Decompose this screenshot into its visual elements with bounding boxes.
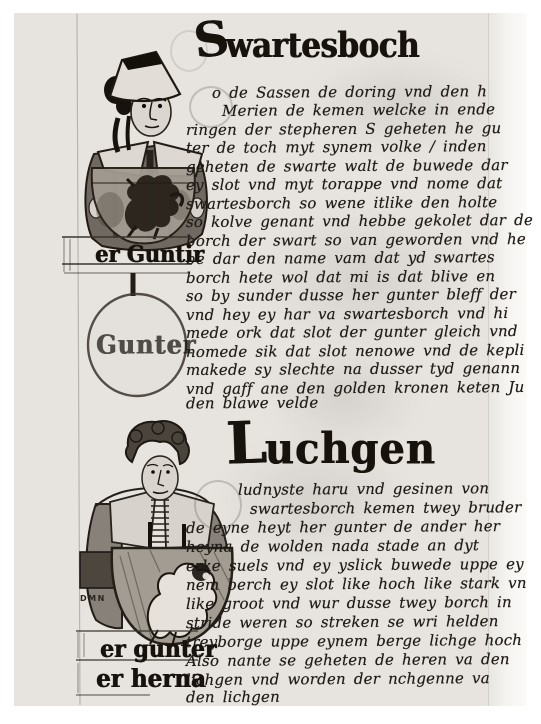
- text-line: swartesborch kemen twey bruder: [250, 499, 522, 517]
- text-line: mede ork dat slot der gunter gleich vnd: [186, 323, 518, 342]
- caption-er-guntir: er Guntir: [95, 240, 204, 268]
- text-line: geheten de swarte walt de buwede dar: [186, 157, 508, 175]
- caption-er-gunter: er gunter: [100, 635, 216, 664]
- roundel-label: Gunter: [96, 328, 196, 360]
- text-line: ringen der stepheren S geheten he gu: [186, 120, 501, 138]
- text-line: like groot vnd wur dusse twey borch in: [186, 594, 512, 612]
- manuscript-photo-page: S wartesboch o de Sassen de doring vnd d…: [0, 0, 541, 724]
- text-line: o de Sassen de doring vnd den h: [212, 83, 487, 101]
- heading-swartesboch: S wartesboch: [194, 16, 419, 64]
- text-line: be dar den name vam dat yd swartes: [186, 249, 495, 267]
- text-line: nem berch ey slot like hoch like stark v…: [186, 575, 527, 594]
- text-line: erke suels vnd ey yslick buwede uppe ey: [186, 556, 524, 575]
- text-line: vnd hey ey har va swartesborch vnd hi: [186, 305, 508, 323]
- text-line: so by sunder dusse her gunter bleff der: [186, 286, 516, 305]
- text-line: swartesborch so wene itlike den holte: [186, 194, 497, 212]
- text-line: borch hete wol dat mi is dat blive en: [186, 268, 495, 286]
- text-line: Merien de kemen welcke in ende: [222, 101, 495, 119]
- text-line: ter de toch myt synem volke / inden: [186, 138, 487, 156]
- text-line: so kolve genant vnd hebbe gekolet dar de: [186, 212, 533, 231]
- heading-luchgen: L uchgen: [226, 414, 436, 472]
- text-line: makede sy slechte na dusser tyd genann: [186, 360, 520, 379]
- heading-rest: uchgen: [265, 428, 436, 471]
- text-line: nomede sik dat slot nenowe vnd de kepli: [186, 342, 525, 361]
- text-line: heyna de wolden nada stade an dyt: [186, 537, 479, 555]
- heading-rest: wartesboch: [226, 29, 419, 64]
- text-line: Also nante se geheten de heren va den: [186, 651, 510, 669]
- text-line: stride weren so streken se wri helden: [186, 613, 499, 631]
- caption-er-herna: er herna: [96, 664, 206, 694]
- heading-initial: L: [225, 413, 268, 472]
- text-line: treyborge uppe eynem berge lichge hoch: [186, 632, 522, 651]
- text-line: ludnyste haru vnd gesinen von: [238, 480, 489, 498]
- text-line: ey slot vnd myt torappe vnd nome dat: [186, 175, 502, 193]
- text-line: borch der swart so van geworden vnd he: [186, 231, 526, 250]
- text-line: de eyne heyt her gunter de ander her: [186, 518, 500, 536]
- shield-mark-dmn: DMN: [80, 594, 106, 603]
- text-line: lichgen vnd worden der nchgenne va: [186, 670, 490, 688]
